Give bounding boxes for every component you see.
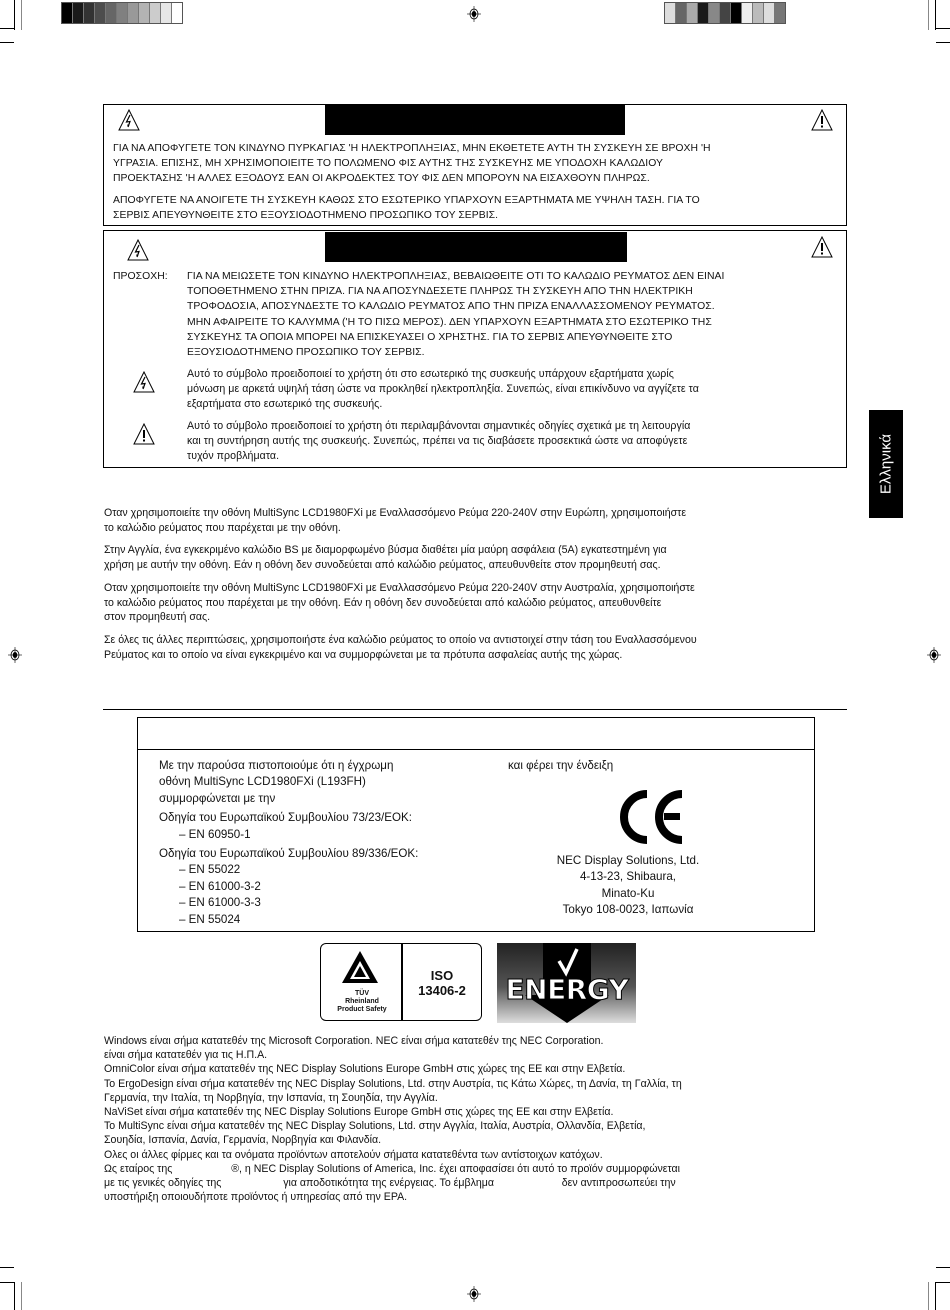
standard-item: – EN 60950-1 (179, 827, 479, 843)
caution-box: ΠΡΟΣΟΧΗ: ΓΙΑ ΝΑ ΜΕΙΩΣΕΤΕ ΤΟΝ ΚΙΝΔΥΝΟ ΗΛΕ… (103, 230, 847, 468)
trademark-line: είναι σήμα κατατεθέν για τις Η.Π.Α. (104, 1048, 849, 1062)
iso-label: ISO 13406-2 (405, 968, 479, 998)
company-name: NEC Display Solutions, Ltd. (538, 853, 718, 869)
language-tab-label: Ελληνικά (878, 434, 895, 494)
crop-mark (928, 0, 929, 30)
power-cord-paragraph-4: Σε όλες τις άλλες περιπτώσεις, χρησιμοπο… (104, 633, 849, 662)
energy-star-logo: ENERGY (497, 943, 636, 1023)
directive2-list: – EN 55022 – EN 61000-3-2 – EN 61000-3-3… (159, 862, 479, 928)
address-line: 4-13-23, Shibaura, (538, 869, 718, 885)
registration-mark-icon (8, 647, 22, 663)
colorbar-swatch (95, 3, 106, 23)
crop-mark (0, 42, 14, 43)
symbol-line: τυχόν προβλήματα. (187, 449, 842, 464)
caution-label: ΠΡΟΣΟΧΗ: (113, 269, 168, 284)
lightning-triangle-icon (133, 371, 155, 393)
symbol-line: Αυτό το σύμβολο προειδοποιεί το χρήστη ό… (187, 419, 842, 434)
para-line: Οταν χρησιμοποιείτε την οθόνη MultiSync … (104, 581, 849, 596)
power-cord-paragraph-1: Οταν χρησιμοποιείτε την οθόνη MultiSync … (104, 506, 849, 535)
crop-mark (935, 1282, 936, 1310)
address-line: Tokyo 108-0023, Ιαπωνία (538, 902, 718, 918)
grayscale-colorbar-right (664, 2, 786, 24)
colorbar-swatch (742, 3, 753, 23)
trademark-line: NaViSet είναι σήμα κατατεθέν της NEC Dis… (104, 1105, 849, 1119)
company-address: NEC Display Solutions, Ltd. 4-13-23, Shi… (538, 853, 718, 919)
crop-mark (21, 0, 22, 30)
standard-item: – EN 55022 (179, 862, 479, 878)
declaration-left-column: Με την παρούσα πιστοποιούμε ότι η έγχρωμ… (159, 758, 479, 928)
tuv-caption: TÜV Rheinland Product Safety (325, 990, 399, 1014)
caution-line: ΕΞΟΥΣΙΟΔΟΤΗΜΕΝΟ ΠΡΟΣΩΠΙΚΟ ΤΟΥ ΣΕΡΒΙΣ. (187, 345, 842, 360)
symbol-line: μόνωση με αρκετά υψηλή τάση ώστε να προκ… (187, 382, 842, 397)
warning-heading-bar (325, 105, 625, 135)
exclamation-triangle-icon (133, 423, 155, 445)
exclamation-triangle-icon (811, 109, 833, 131)
colorbar-swatch (73, 3, 84, 23)
para-line: το καλώδιο ρεύματος που παρέχεται με την… (104, 596, 849, 611)
trademark-line: OmniColor είναι σήμα κατατεθέν της NEC D… (104, 1062, 849, 1076)
warning-text-2: ΑΠΟΦΥΓΕΤΕ ΝΑ ΑΝΟΙΓΕΤΕ ΤΗ ΣΥΣΚΕΥΗ ΚΑΘΩΣ Σ… (113, 193, 843, 223)
colorbar-swatch (731, 3, 742, 23)
colorbar-swatch (764, 3, 775, 23)
grayscale-colorbar-left (61, 2, 183, 24)
energy-word: ENERGY (499, 973, 635, 1006)
caution-line: ΤΟΠΟΘΕΤΗΜΕΝΟ ΣΤΗΝ ΠΡΙΖΑ. ΓΙΑ ΝΑ ΑΠΟΣΥΝΔΕ… (187, 284, 842, 299)
caution-line: ΤΡΟΦΟΔΟΣΙΑ, ΑΠΟΣΥΝΔΕΣΤΕ ΤΟ ΚΑΛΩΔΙΟ ΡΕΥΜΑ… (187, 299, 842, 314)
colorbar-swatch (687, 3, 698, 23)
trademark-line: Σουηδία, Ισπανία, Δανία, Γερμανία, Νορβη… (104, 1133, 849, 1147)
trademark-line: Windows είναι σήμα κατατεθέν της Microso… (104, 1034, 849, 1048)
standard-item: – EN 61000-3-3 (179, 895, 479, 911)
directive-heading: Οδηγία του Ευρωπαϊκού Συμβουλίου 89/336/… (159, 846, 479, 862)
warning-line: ΓΙΑ ΝΑ ΑΠΟΦΥΓΕΤΕ ΤΟΝ ΚΙΝΔΥΝΟ ΠΥΡΚΑΓΙΑΣ '… (113, 141, 843, 156)
registration-mark-icon (467, 1286, 481, 1302)
colorbar-swatch (62, 3, 73, 23)
colorbar-swatch (106, 3, 117, 23)
crop-mark (936, 42, 950, 43)
power-cord-paragraph-3: Οταν χρησιμοποιείτε την οθόνη MultiSync … (104, 581, 849, 625)
tuv-text: Product Safety (325, 1006, 399, 1014)
symbol-line: εξαρτήματα στο εσωτερικό της συσκευής. (187, 397, 842, 412)
tuv-text: TÜV (325, 990, 399, 998)
standard-item: – EN 61000-3-2 (179, 879, 479, 895)
colorbar-swatch (709, 3, 720, 23)
standard-item: – EN 55024 (179, 912, 479, 928)
warning-line: ΠΡΟΕΚΤΑΣΗΣ 'Η ΑΛΛΕΣ ΕΞΟΔΟΥΣ ΕΑΝ ΟΙ ΑΚΡΟΔ… (113, 171, 843, 186)
colorbar-swatch (172, 3, 182, 23)
lightning-triangle-icon (127, 239, 149, 261)
crop-mark (928, 1282, 929, 1310)
address-line: Minato-Ku (538, 886, 718, 902)
caution-line: ΓΙΑ ΝΑ ΜΕΙΩΣΕΤΕ ΤΟΝ ΚΙΝΔΥΝΟ ΗΛΕΚΤΡΟΠΛΗΞΙ… (187, 269, 842, 284)
logo-divider (401, 944, 403, 1020)
para-line: χρήση με αυτήν την οθόνη. Εάν η οθόνη δε… (104, 558, 849, 573)
colorbar-swatch (665, 3, 676, 23)
language-tab: Ελληνικά (869, 410, 903, 518)
crop-mark (14, 0, 15, 30)
colorbar-swatch (117, 3, 128, 23)
colorbar-swatch (84, 3, 95, 23)
symbol-line: Αυτό το σύμβολο προειδοποιεί το χρήστη ό… (187, 367, 842, 382)
crop-mark (936, 1282, 950, 1283)
iso-text: ISO (405, 968, 479, 983)
caution-line: ΜΗΝ ΑΦΑΙΡΕΙΤΕ ΤΟ ΚΑΛΥΜΜΑ ('Η ΤΟ ΠΙΣΩ ΜΕΡ… (187, 315, 842, 330)
caution-line: ΣΥΣΚΕΥΗΣ ΤΑ ΟΠΟΙΑ ΜΠΟΡΕΙ ΝΑ ΕΠΙΣΚΕΥΑΣΕΙ … (187, 330, 842, 345)
iso-text: 13406-2 (405, 983, 479, 998)
caution-text: ΓΙΑ ΝΑ ΜΕΙΩΣΕΤΕ ΤΟΝ ΚΙΝΔΥΝΟ ΗΛΕΚΤΡΟΠΛΗΞΙ… (187, 269, 842, 360)
declaration-of-conformity-box: Με την παρούσα πιστοποιούμε ότι η έγχρωμ… (137, 717, 815, 932)
colorbar-swatch (161, 3, 172, 23)
colorbar-swatch (698, 3, 709, 23)
registration-mark-icon (927, 647, 941, 663)
section-divider (103, 709, 847, 710)
marking-text: και φέρει την ένδειξη (508, 758, 613, 774)
colorbar-swatch (720, 3, 731, 23)
crop-mark (14, 1282, 15, 1310)
decl-intro-line: συμμορφώνεται με την (159, 791, 479, 807)
para-line: Σε όλες τις άλλες περιπτώσεις, χρησιμοπο… (104, 633, 849, 648)
tuv-text: Rheinland (325, 998, 399, 1006)
colorbar-swatch (150, 3, 161, 23)
declaration-heading-row (138, 718, 814, 750)
colorbar-swatch (128, 3, 139, 23)
crop-mark (0, 28, 14, 29)
ce-mark-icon (616, 790, 686, 844)
power-cord-paragraph-2: Στην Αγγλία, ένα εγκεκριμένο καλώδιο BS … (104, 543, 849, 572)
para-line: Στην Αγγλία, ένα εγκεκριμένο καλώδιο BS … (104, 543, 849, 558)
colorbar-swatch (139, 3, 150, 23)
trademark-line: Ολες οι άλλες φίρμες και τα ονόματα προϊ… (104, 1148, 849, 1162)
tuv-triangle-icon (340, 949, 380, 987)
crop-mark (21, 1282, 22, 1310)
symbol-explanation-exclamation: Αυτό το σύμβολο προειδοποιεί το χρήστη ό… (187, 419, 842, 465)
crop-mark (0, 1267, 14, 1268)
warning-line: ΑΠΟΦΥΓΕΤΕ ΝΑ ΑΝΟΙΓΕΤΕ ΤΗ ΣΥΣΚΕΥΗ ΚΑΘΩΣ Σ… (113, 193, 843, 208)
symbol-explanation-lightning: Αυτό το σύμβολο προειδοποιεί το χρήστη ό… (187, 367, 842, 413)
para-line: Οταν χρησιμοποιείτε την οθόνη MultiSync … (104, 506, 849, 521)
crop-mark (0, 1282, 14, 1283)
crop-mark (935, 0, 936, 30)
para-line: στον προμηθευτή σας. (104, 610, 849, 625)
trademark-line: υποστήριξη οποιουδήποτε προϊόντος ή υπηρ… (104, 1190, 849, 1204)
trademark-line: Γερμανία, την Ιταλία, τη Νορβηγία, την Ι… (104, 1091, 849, 1105)
decl-intro-line: Με την παρούσα πιστοποιούμε ότι η έγχρωμ… (159, 758, 479, 774)
decl-intro-line: οθόνη MultiSync LCD1980FXi (L193FH) (159, 774, 479, 790)
lightning-triangle-icon (118, 109, 140, 131)
trademark-line: Ως εταίρος της ®, η NEC Display Solution… (104, 1162, 849, 1176)
trademark-line: To MultiSync είναι σήμα κατατεθέν της NE… (104, 1119, 849, 1133)
colorbar-swatch (753, 3, 764, 23)
para-line: το καλώδιο ρεύματος που παρέχεται με την… (104, 521, 849, 536)
registration-mark-icon (467, 6, 481, 22)
trademark-notices: Windows είναι σήμα κατατεθέν της Microso… (104, 1034, 849, 1204)
crop-mark (936, 28, 950, 29)
exclamation-triangle-icon (811, 236, 833, 258)
colorbar-swatch (676, 3, 687, 23)
crop-mark (936, 1267, 950, 1268)
tuv-iso-logo: TÜV Rheinland Product Safety ISO 13406-2 (320, 943, 482, 1021)
directive-heading: Οδηγία του Ευρωπαϊκού Συμβουλίου 73/23/Ε… (159, 810, 479, 826)
symbol-line: και τη συντήρηση αυτής της συσκευής. Συν… (187, 434, 842, 449)
warning-text: ΓΙΑ ΝΑ ΑΠΟΦΥΓΕΤΕ ΤΟΝ ΚΙΝΔΥΝΟ ΠΥΡΚΑΓΙΑΣ '… (113, 141, 843, 187)
para-line: Ρεύματος και το οποίο να είναι εγκεκριμέ… (104, 648, 849, 663)
warning-line: ΣΕΡΒΙΣ ΑΠΕΥΘΥΝΘΕΙΤΕ ΣΤΟ ΕΞΟΥΣΙΟΔΟΤΗΜΕΝΟ … (113, 208, 843, 223)
colorbar-swatch (775, 3, 785, 23)
caution-heading-bar (325, 232, 627, 262)
trademark-line: με τις γενικές οδηγίες της για αποδοτικό… (104, 1176, 849, 1190)
warning-box: ΓΙΑ ΝΑ ΑΠΟΦΥΓΕΤΕ ΤΟΝ ΚΙΝΔΥΝΟ ΠΥΡΚΑΓΙΑΣ '… (103, 104, 847, 226)
trademark-line: To ErgoDesign είναι σήμα κατατεθέν της N… (104, 1077, 849, 1091)
directive1-list: – EN 60950-1 (159, 827, 479, 843)
warning-line: ΥΓΡΑΣΙΑ. ΕΠΙΣΗΣ, ΜΗ ΧΡΗΣΙΜΟΠΟΙΕΙΤΕ ΤΟ ΠΟ… (113, 156, 843, 171)
